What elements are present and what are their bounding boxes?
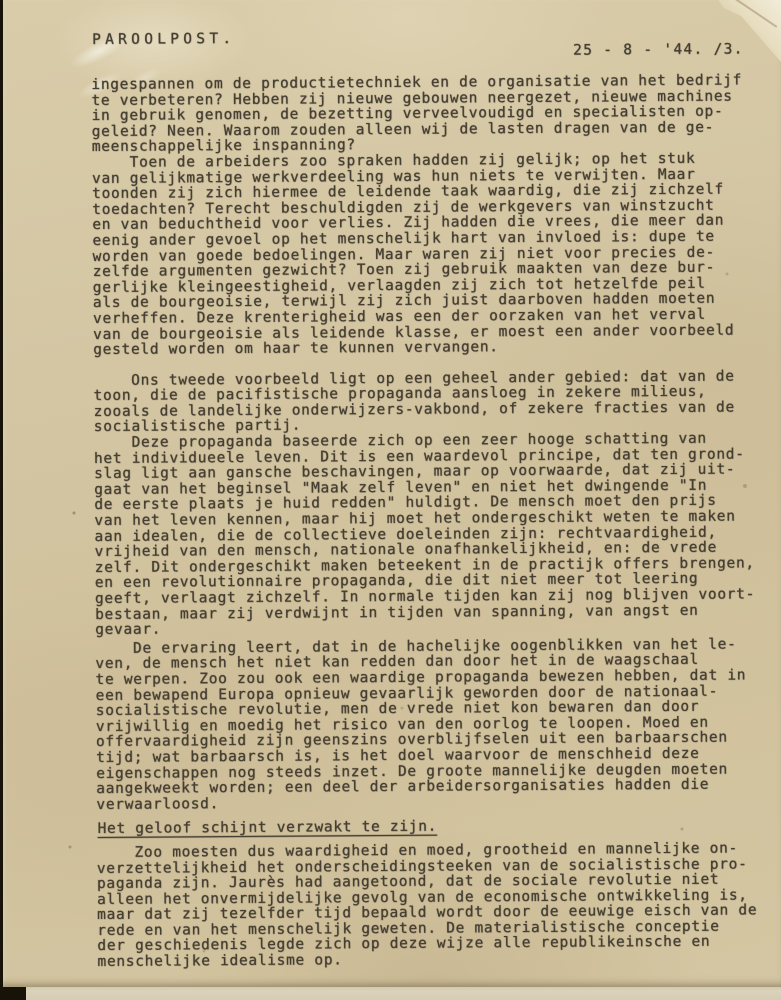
paragraph-2: Toen de arbeiders zoo spraken hadden zij…	[92, 151, 773, 358]
document-paper: PAROOLPOST. 25 - 8 - '44. /3. ingespanne…	[3, 0, 781, 987]
paragraph-6: Zoo moesten dus waardigheid en moed, gro…	[97, 841, 778, 970]
paragraph-1: ingespannen om de productietechniek en d…	[91, 73, 772, 156]
date-page-number: 25 - 8 - '44. /3.	[573, 42, 744, 59]
underlying-sheet-edge	[26, 985, 781, 1000]
document-body: ingespannen om de productietechniek en d…	[91, 28, 778, 970]
masthead-title: PAROOLPOST.	[92, 32, 235, 49]
typewritten-content: PAROOLPOST. 25 - 8 - '44. /3. ingespanne…	[91, 28, 778, 970]
section-heading: Het geloof schijnt verzwakt te zijn.	[98, 818, 777, 838]
paragraph-3: Ons tweede voorbeeld ligt op een geheel …	[93, 369, 773, 436]
photo-background: PAROOLPOST. 25 - 8 - '44. /3. ingespanne…	[0, 0, 781, 1000]
paper-specks	[3, 0, 5, 2]
paragraph-5: De ervaring leert, dat in de hachelijke …	[95, 637, 776, 813]
paragraph-4: Deze propaganda baseerde zich op een zee…	[94, 431, 775, 638]
